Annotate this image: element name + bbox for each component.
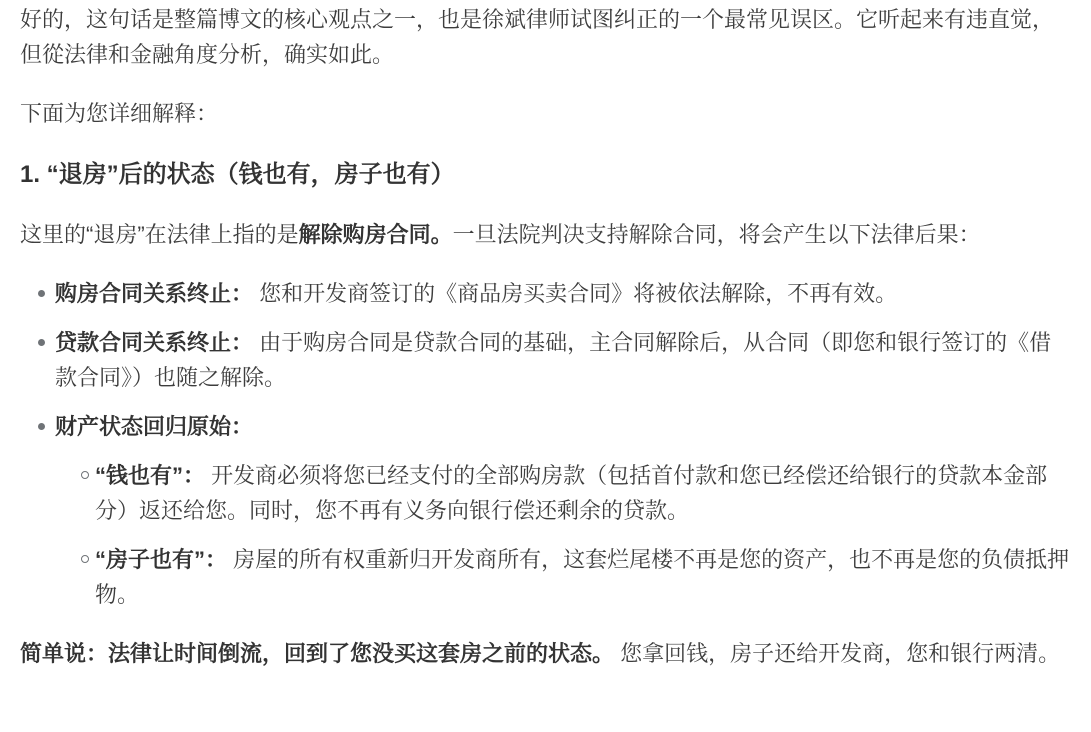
summary-run-2: 您拿回钱，房子还给开发商，您和银行两清。 <box>614 641 1060 666</box>
list-item-purchase-contract: 购房合同关系终止： 您和开发商签订的《商品房买卖合同》将被依法解除，不再有效。 <box>55 276 1071 311</box>
list-item-label: 购房合同关系终止： <box>55 281 253 306</box>
summary-paragraph: 简单说：法律让时间倒流，回到了您没买这套房之前的状态。 您拿回钱，房子还给开发商… <box>20 636 1071 671</box>
section-intro-paragraph: 这里的“退房”在法律上指的是解除购房合同。一旦法院判决支持解除合同，将会产生以下… <box>20 217 1071 252</box>
sub-item-label: “房子也有”： <box>95 547 227 572</box>
lead-in-paragraph: 下面为您详细解释： <box>20 96 1071 131</box>
sub-item-text: 开发商必须将您已经支付的全部购房款（包括首付款和您已经偿还给银行的贷款本金部分）… <box>95 463 1047 523</box>
sub-item-text: 房屋的所有权重新归开发商所有，这套烂尾楼不再是您的资产，也不再是您的负债抵押物。 <box>95 547 1069 607</box>
intro-text: 好的，这句话是整篇博文的核心观点之一，也是徐斌律师试图纠正的一个最常见误区。它听… <box>20 7 1054 67</box>
list-item-property-status: 财产状态回归原始： “钱也有”： 开发商必须将您已经支付的全部购房款（包括首付款… <box>55 409 1071 612</box>
sub-item-money: “钱也有”： 开发商必须将您已经支付的全部购房款（包括首付款和您已经偿还给银行的… <box>95 458 1071 528</box>
section-heading: 1. “退房”后的状态（钱也有，房子也有） <box>20 159 1071 191</box>
sub-item-house: “房子也有”： 房屋的所有权重新归开发商所有，这套烂尾楼不再是您的资产，也不再是… <box>95 542 1071 612</box>
section-intro-run-2-bold: 解除购房合同。 <box>299 222 453 247</box>
list-item-label: 财产状态回归原始： <box>55 414 253 439</box>
section-intro-run-3: 一旦法院判决支持解除合同，将会产生以下法律后果： <box>453 222 981 247</box>
list-item-loan-contract: 贷款合同关系终止： 由于购房合同是贷款合同的基础，主合同解除后，从合同（即您和银… <box>55 325 1071 395</box>
list-item-text: 您和开发商签订的《商品房买卖合同》将被依法解除，不再有效。 <box>253 281 897 306</box>
list-item-label: 贷款合同关系终止： <box>55 330 253 355</box>
section-intro-run-1: 这里的“退房”在法律上指的是 <box>20 222 299 247</box>
property-status-sub-list: “钱也有”： 开发商必须将您已经支付的全部购房款（包括首付款和您已经偿还给银行的… <box>55 458 1071 612</box>
lead-in-text: 下面为您详细解释： <box>20 101 218 126</box>
intro-paragraph: 好的，这句话是整篇博文的核心观点之一，也是徐斌律师试图纠正的一个最常见误区。它听… <box>20 2 1071 72</box>
sub-item-label: “钱也有”： <box>95 463 205 488</box>
consequences-list: 购房合同关系终止： 您和开发商签订的《商品房买卖合同》将被依法解除，不再有效。 … <box>20 276 1071 612</box>
document-page: 好的，这句话是整篇博文的核心观点之一，也是徐斌律师试图纠正的一个最常见误区。它听… <box>0 0 1091 732</box>
summary-run-1-bold: 简单说：法律让时间倒流，回到了您没买这套房之前的状态。 <box>20 641 614 666</box>
